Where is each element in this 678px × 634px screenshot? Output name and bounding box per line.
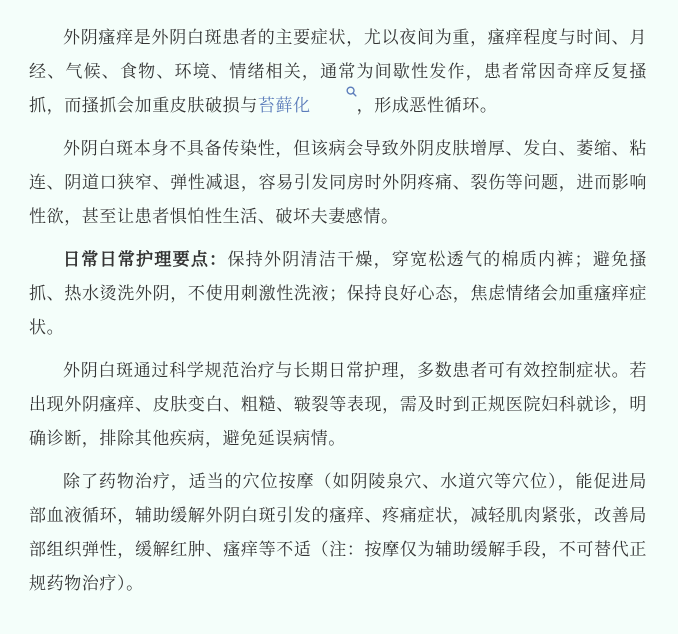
paragraph-treatment-advice: 外阴白斑通过科学规范治疗与长期日常护理，多数患者可有效控制症状。若出现外阴瘙痒、… <box>29 354 647 456</box>
paragraph-text: 外阴白斑本身不具备传染性，但该病会导致外阴皮肤增厚、发白、萎缩、粘连、阴道口狭窄… <box>29 139 647 226</box>
paragraph-text: ，形成恶性循环。 <box>357 96 498 115</box>
term-link-label: 苔藓化 <box>258 96 311 115</box>
term-link-lichenification[interactable]: 苔藓化 <box>258 96 357 115</box>
inline-heading-daily-care: 日常日常护理要点： <box>63 250 227 269</box>
page: { "theme": { "background": "#F4FEFA", "t… <box>0 0 678 634</box>
search-icon <box>312 86 357 97</box>
paragraph-text: 除了药物治疗，适当的穴位按摩（如阴陵泉穴、水道穴等穴位），能促进局部血液循环，辅… <box>29 472 647 593</box>
paragraph-daily-care: 日常日常护理要点：保持外阴清洁干燥，穿宽松透气的棉质内裤；避免搔抓、热水烫洗外阴… <box>29 243 647 345</box>
paragraph-itch-symptoms: 外阴瘙痒是外阴白斑患者的主要症状，尤以夜间为重，瘙痒程度与时间、月经、气候、食物… <box>29 21 647 123</box>
paragraph-acupoint-massage: 除了药物治疗，适当的穴位按摩（如阴陵泉穴、水道穴等穴位），能促进局部血液循环，辅… <box>29 465 647 601</box>
article-body: 外阴瘙痒是外阴白斑患者的主要症状，尤以夜间为重，瘙痒程度与时间、月经、气候、食物… <box>29 21 647 601</box>
paragraph-contagion-effects: 外阴白斑本身不具备传染性，但该病会导致外阴皮肤增厚、发白、萎缩、粘连、阴道口狭窄… <box>29 132 647 234</box>
paragraph-text: 外阴白斑通过科学规范治疗与长期日常护理，多数患者可有效控制症状。若出现外阴瘙痒、… <box>29 361 647 448</box>
